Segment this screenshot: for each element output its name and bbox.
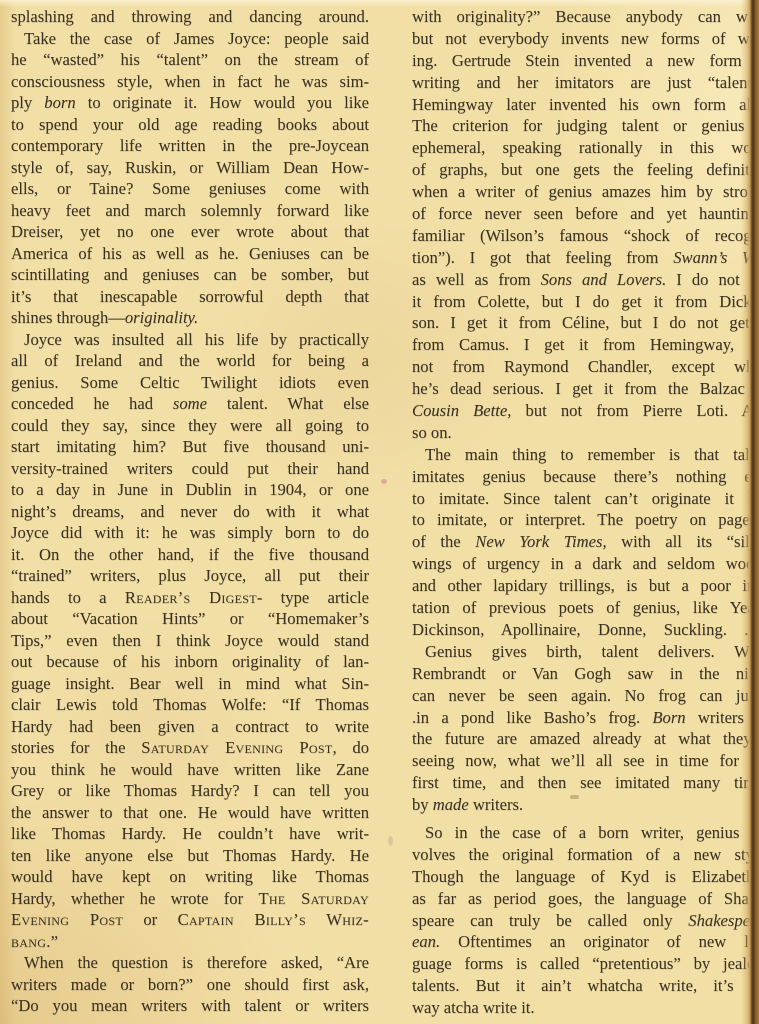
text-line: guage forms is called “pretentious” by j… bbox=[412, 953, 759, 975]
text-line: style of, say, Ruskin, or William Dean H… bbox=[11, 157, 369, 179]
text-line: America of his as well as he. Geniuses c… bbox=[11, 243, 369, 265]
text-line: heavy feet and march solemnly forward li… bbox=[11, 200, 369, 222]
text-line: speare can truly be called only Shakespe… bbox=[412, 910, 759, 932]
text-line: Dreiser, yet no one ever wrote about tha… bbox=[11, 221, 369, 243]
text-line: but not everybody invents new forms of w… bbox=[412, 28, 759, 50]
text-line: Genius gives birth, talent delivers. Wha… bbox=[412, 641, 759, 663]
text-line: ephemeral, speaking rationally in this w… bbox=[412, 137, 759, 159]
text-line: out because of his inborn originality of… bbox=[11, 651, 369, 673]
text-line: the future are amazed already at what th… bbox=[412, 728, 759, 750]
text-line: scintillating and geniuses can be somber… bbox=[11, 264, 369, 286]
text-line: can never be seen again. No frog can jum… bbox=[412, 685, 759, 707]
text-line: When the question is therefore asked, “A… bbox=[11, 952, 369, 974]
text-line: writers made or born?” one should first … bbox=[11, 974, 369, 996]
text-line: clair Lewis told Thomas Wolfe: “If Thoma… bbox=[11, 694, 369, 716]
text-line: not from Raymond Chandler, except when bbox=[412, 356, 759, 378]
text-line: consciousness style, when in fact he was… bbox=[11, 71, 369, 93]
text-line: Evening Post or Captain Billy’s Whiz- bbox=[11, 909, 369, 931]
text-line: shines through—originality. bbox=[11, 307, 369, 329]
text-line: you think he would have written like Zan… bbox=[11, 759, 369, 781]
text-line: Hardy, whether he wrote for The Saturday bbox=[11, 888, 369, 910]
text-line: tion”). I got that feeling from Swann’s … bbox=[412, 247, 759, 269]
right-column: with originality?” Because anybody can w… bbox=[412, 0, 759, 1019]
text-line: hands to a Reader’s Digest- type article bbox=[11, 587, 369, 609]
text-line: bang.” bbox=[11, 931, 369, 953]
text-line: Tips,” even then I think Joyce would sta… bbox=[11, 630, 369, 652]
text-line: would have kept on writing like Thomas bbox=[11, 866, 369, 888]
text-line: .in a pond like Basho’s frog. Born write… bbox=[412, 707, 759, 729]
text-line: imitates genius because there’s nothing … bbox=[412, 466, 759, 488]
text-line: talents. But it ain’t whatcha write, it’… bbox=[412, 975, 759, 997]
text-line: with originality?” Because anybody can w… bbox=[412, 6, 759, 28]
text-line: The main thing to remember is that talen… bbox=[412, 444, 759, 466]
text-line: genius. Some Celtic Twilight idiots even bbox=[11, 372, 369, 394]
text-line: of the New York Times, with all its “sil… bbox=[412, 531, 759, 553]
text-line: Joyce was insulted all his life by pract… bbox=[11, 329, 369, 351]
text-line: he “wasted” his “talent” on the stream o… bbox=[11, 49, 369, 71]
text-line: tation of previous poets of genius, like… bbox=[412, 597, 759, 619]
text-line: could they say, since they were all goin… bbox=[11, 415, 369, 437]
text-line: Hemingway later invented his own form al… bbox=[412, 94, 759, 116]
text-line: it’s that inescapable sorrowful depth th… bbox=[11, 286, 369, 308]
text-line: Dickinson, Apollinaire, Donne, Suckling.… bbox=[412, 619, 759, 641]
text-line: by made writers. bbox=[412, 794, 759, 816]
text-line: familiar (Wilson’s famous “shock of reco… bbox=[412, 225, 759, 247]
text-line: to spend your old age reading books abou… bbox=[11, 114, 369, 136]
text-line: about “Vacation Hints” or “Homemaker’s bbox=[11, 608, 369, 630]
text-line: seeing now, what we’ll all see in time f… bbox=[412, 750, 759, 772]
text-line: as well as from Sons and Lovers. I do no… bbox=[412, 269, 759, 291]
text-line: stories for the Saturday Evening Post, d… bbox=[11, 737, 369, 759]
text-line: versity-trained writers could put their … bbox=[11, 458, 369, 480]
text-line: of force never seen before and yet haunt… bbox=[412, 203, 759, 225]
text-line: Cousin Bette, but not from Pierre Loti. … bbox=[412, 400, 759, 422]
page-edge-shadow bbox=[741, 0, 759, 1024]
text-line: Grey or like Thomas Hardy? I can tell yo… bbox=[11, 780, 369, 802]
text-line: so on. bbox=[412, 422, 759, 444]
text-line: Take the case of James Joyce: people sai… bbox=[11, 28, 369, 50]
text-line: to imitate. Since talent can’t originate… bbox=[412, 488, 759, 510]
text-line: night’s dreams, and never do with it wha… bbox=[11, 501, 369, 523]
text-line: when a writer of genius amazes him by st… bbox=[412, 181, 759, 203]
text-line: first time, and then see imitated many t… bbox=[412, 772, 759, 794]
text-line: Though the language of Kyd is Elizabetha… bbox=[412, 866, 759, 888]
text-line: Joyce did with it: he was simply born to… bbox=[11, 522, 369, 544]
text-line: splashing and throwing and dancing aroun… bbox=[11, 6, 369, 28]
text-line: son. I get it from Céline, but I do not … bbox=[412, 312, 759, 334]
page-smudge-gray bbox=[388, 836, 393, 846]
text-line: guage insight. Bear well in mind what Si… bbox=[11, 673, 369, 695]
text-line: of graphs, but one gets the feeling defi… bbox=[412, 159, 759, 181]
text-line: ply born to originate it. How would you … bbox=[11, 92, 369, 114]
text-line: ten like anyone else but Thomas Hardy. H… bbox=[11, 845, 369, 867]
text-line: it from Colette, but I do get it from Di… bbox=[412, 291, 759, 313]
text-line: all of Ireland and the world for being a bbox=[11, 350, 369, 372]
text-line: he’s dead serious. I get it from the Bal… bbox=[412, 378, 759, 400]
text-line: Hardy had been given a contract to write bbox=[11, 716, 369, 738]
text-line: the answer to that one. He would have wr… bbox=[11, 802, 369, 824]
text-line: ells, or Taine? Some geniuses come with bbox=[11, 178, 369, 200]
text-line: to imitate, or interpret. The poetry on … bbox=[412, 509, 759, 531]
text-line: “Do you mean writers with talent or writ… bbox=[11, 995, 369, 1017]
text-line: like Thomas Hardy. He couldn’t have writ… bbox=[11, 823, 369, 845]
text-line: So in the case of a born writer, genius … bbox=[412, 822, 759, 844]
text-line: “trained” writers, plus Joyce, all put t… bbox=[11, 565, 369, 587]
text-line: and other lapidary trillings, is but a p… bbox=[412, 575, 759, 597]
text-line: it. On the other hand, if the five thous… bbox=[11, 544, 369, 566]
text-line: writing and her imitators are just “tale… bbox=[412, 72, 759, 94]
text-line: as far as period goes, the language of S… bbox=[412, 888, 759, 910]
text-line: Rembrandt or Van Gogh saw in the night bbox=[412, 663, 759, 685]
text-line: ean. Oftentimes an originator of new lan… bbox=[412, 931, 759, 953]
page-smudge-dash bbox=[570, 795, 579, 799]
text-line: from Camus. I get it from Hemingway, but bbox=[412, 334, 759, 356]
text-line: to a day in June in Dublin in 1904, or o… bbox=[11, 479, 369, 501]
text-line: contemporary life written in the pre-Joy… bbox=[11, 135, 369, 157]
text-line: ing. Gertrude Stein invented a new form … bbox=[412, 50, 759, 72]
text-line: wings of urgency in a dark and seldom wo… bbox=[412, 553, 759, 575]
text-line: way atcha write it. bbox=[412, 997, 759, 1019]
page-speck-pink bbox=[381, 479, 387, 484]
text-line: start imitating him? But five thousand u… bbox=[11, 436, 369, 458]
text-line: conceded he had some talent. What else bbox=[11, 393, 369, 415]
left-column: splashing and throwing and dancing aroun… bbox=[11, 0, 369, 1017]
text-line: The criterion for judging talent or geni… bbox=[412, 115, 759, 137]
text-line: volves the original formation of a new s… bbox=[412, 844, 759, 866]
